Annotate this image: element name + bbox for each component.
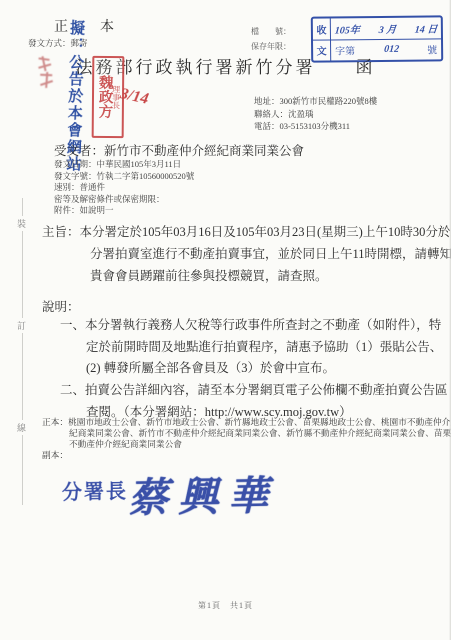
security-line: 密等及解密條件或保密期限：: [54, 194, 194, 206]
item-1-text: 本分署執行義務人欠稅等行政事件所查封之不動產（如附件），特定於前開時間及地點進行…: [85, 318, 442, 375]
received-month: 3 月: [378, 21, 397, 36]
received-year: 105年: [334, 21, 360, 36]
agency-contact-block: 地址：300新竹市民權路220號8樓 聯絡人：沈盈瑀 電話：03-5153103…: [254, 95, 377, 133]
binding-mark-zhuang: 裝: [17, 216, 26, 231]
original-recipients: 桃園市地政士公會、新竹市地政士公會、新竹縣地政士公會、苗栗縣地政士公會、桃園市不…: [68, 417, 451, 449]
copy-type-label: 正 本: [54, 16, 123, 36]
agency-address: 地址：300新竹市民權路220號8樓: [254, 95, 377, 108]
reference-number-line: 發文字號：竹執二字第10560000520號: [54, 171, 194, 183]
director-title: 分署長: [62, 481, 128, 504]
subject-paragraph: 主旨：本分署定於105年03月16日及105年03月23日(星期三)上午10時3…: [42, 221, 451, 287]
letter-metadata-block: 發文日期：中華民國105年3月11日 發文字號：竹執二字第10560000520…: [54, 159, 194, 217]
binding-line: [22, 198, 23, 505]
agency-contact-person: 聯絡人：沈盈瑀: [254, 108, 377, 121]
attachment-line: 附件：如說明一: [54, 205, 194, 217]
recipient-line: 受文者：新竹市不動產仲介經紀商業同業公會: [54, 141, 304, 159]
explanation-item-1: 一、本分署執行義務人欠稅等行政事件所查封之不動產（如附件），特定於前開時間及地點…: [60, 315, 451, 380]
binding-mark-ding: 訂: [17, 318, 26, 333]
original-label: 正本：: [42, 417, 68, 427]
issue-date-line: 發文日期：中華民國105年3月11日: [54, 159, 194, 171]
file-number-label: 檔 號：: [251, 26, 303, 37]
received-stamp-date-row: 105年 3 月 14 日: [331, 17, 441, 40]
item-2-number: 二、: [60, 383, 85, 397]
item-2-text: 拍賣公告詳細內容，請至本分署網頁電子公佈欄不動產拍賣公告區查閱。（本分署網站：h…: [85, 383, 448, 419]
scanned-official-letter: 正 本 發文方式：郵寄 檔 號： 保存年限： 收 文 105年 3 月 14 日…: [0, 0, 451, 640]
binding-mark-xian: 線: [17, 420, 26, 435]
page-number: 第1頁 共1頁: [0, 600, 451, 611]
priority-line: 速別：普通件: [54, 182, 194, 194]
copy-recipients-label: 副本：: [42, 449, 68, 461]
red-scribble-mark: [36, 55, 55, 90]
subject-text: 本分署定於105年03月16日及105年03月23日(星期三)上午10時30分於…: [80, 225, 451, 283]
retention-period-label: 保存年限：: [251, 41, 291, 52]
director-name: 蔡興華: [128, 473, 279, 521]
chairman-stamp-name: 魏政方: [96, 75, 112, 119]
received-stamp-char-shou: 收: [313, 18, 330, 40]
director-signature-stamp: 分署長蔡興華: [62, 464, 279, 525]
received-day: 14 日: [414, 20, 438, 35]
item-1-number: 一、: [60, 318, 85, 332]
subject-label: 主旨：: [42, 225, 80, 239]
original-recipients-block: 正本：桃園市地政士公會、新竹市地政士公會、新竹縣地政士公會、苗栗縣地政士公會、桃…: [42, 417, 451, 450]
agency-phone: 電話：03-5153103分機311: [254, 120, 377, 133]
explanation-label: 說明：: [42, 297, 80, 315]
